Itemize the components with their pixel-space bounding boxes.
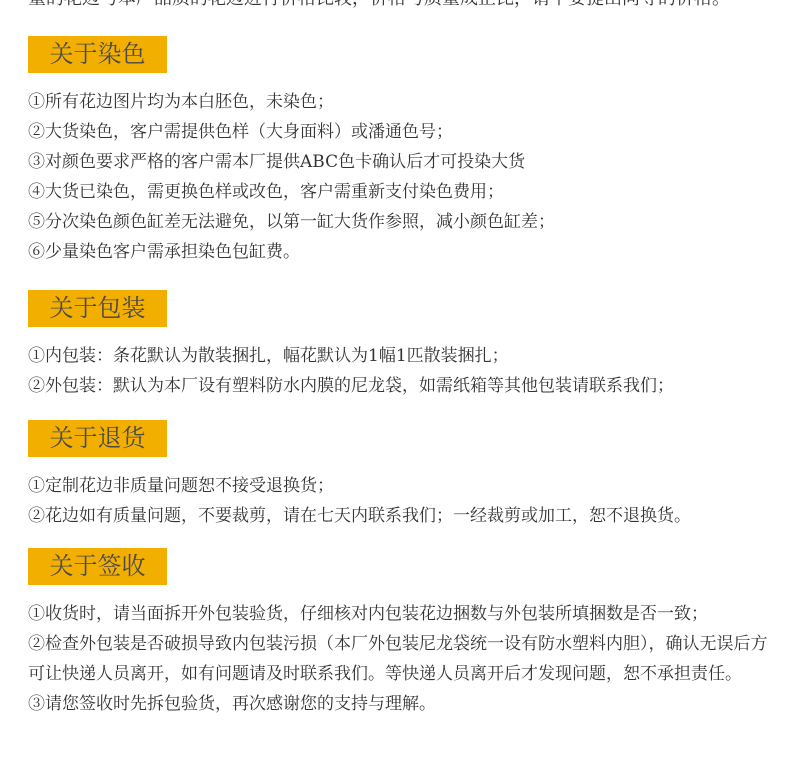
receipt-list: ①收货时，请当面拆开外包装验货，仔细核对内包装花边捆数与外包装所填捆数是否一致；… — [28, 599, 773, 719]
section-returns: 关于退货 ①定制花边非质量问题恕不接受退换货； ②花边如有质量问题，不要裁剪，请… — [28, 420, 773, 531]
list-item: ⑤分次染色颜色缸差无法避免，以第一缸大货作参照，减小颜色缸差； — [28, 207, 773, 237]
list-item: ①收货时，请当面拆开外包装验货，仔细核对内包装花边捆数与外包装所填捆数是否一致； — [28, 599, 773, 629]
list-item: ①所有花边图片均为本白胚色，未染色； — [28, 87, 773, 117]
list-item: ③对颜色要求严格的客户需本厂提供ABC色卡确认后才可投染大货 — [28, 147, 773, 177]
clipped-intro-text: 量的花边与本厂品质的花边进行价格比较，价格与质量成正比，请不要提出同等的价格。 — [28, 0, 730, 10]
section-packaging: 关于包装 ①内包装：条花默认为散装捆扎，幅花默认为1幅1匹散装捆扎； ②外包装：… — [28, 290, 773, 401]
list-item: ④大货已染色，需更换色样或改色，客户需重新支付染色费用； — [28, 177, 773, 207]
section-header-receipt: 关于签收 — [28, 548, 167, 585]
list-item: ①定制花边非质量问题恕不接受退换货； — [28, 471, 773, 501]
section-header-dyeing: 关于染色 — [28, 36, 167, 73]
list-item: ③请您签收时先拆包验货，再次感谢您的支持与理解。 — [28, 689, 773, 719]
section-header-returns: 关于退货 — [28, 420, 167, 457]
list-item: ②检查外包装是否破损导致内包装污损（本厂外包装尼龙袋统一设有防水塑料内胆），确认… — [28, 629, 773, 689]
list-item: ②花边如有质量问题，不要裁剪，请在七天内联系我们；一经裁剪或加工，恕不退换货。 — [28, 501, 773, 531]
section-dyeing: 关于染色 ①所有花边图片均为本白胚色，未染色； ②大货染色，客户需提供色样（大身… — [28, 36, 773, 267]
section-receipt: 关于签收 ①收货时，请当面拆开外包装验货，仔细核对内包装花边捆数与外包装所填捆数… — [28, 548, 773, 719]
list-item: ①内包装：条花默认为散装捆扎，幅花默认为1幅1匹散装捆扎； — [28, 341, 773, 371]
list-item: ⑥少量染色客户需承担染色包缸费。 — [28, 237, 773, 267]
section-header-packaging: 关于包装 — [28, 290, 167, 327]
returns-list: ①定制花边非质量问题恕不接受退换货； ②花边如有质量问题，不要裁剪，请在七天内联… — [28, 471, 773, 531]
dyeing-list: ①所有花边图片均为本白胚色，未染色； ②大货染色，客户需提供色样（大身面料）或潘… — [28, 87, 773, 267]
list-item: ②大货染色，客户需提供色样（大身面料）或潘通色号； — [28, 117, 773, 147]
list-item: ②外包装：默认为本厂设有塑料防水内膜的尼龙袋，如需纸箱等其他包装请联系我们； — [28, 371, 773, 401]
packaging-list: ①内包装：条花默认为散装捆扎，幅花默认为1幅1匹散装捆扎； ②外包装：默认为本厂… — [28, 341, 773, 401]
